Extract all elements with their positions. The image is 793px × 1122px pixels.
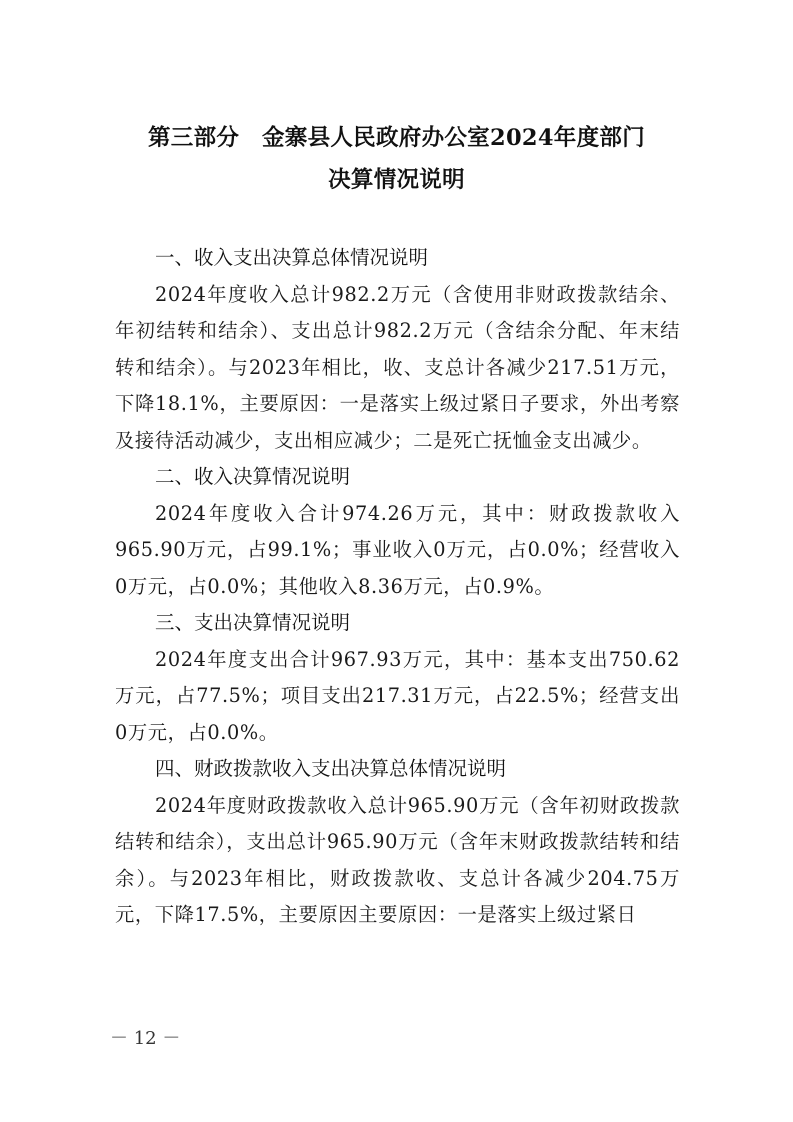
page-number: － 12 － [110, 1024, 180, 1050]
section-paragraph: 2024年度收入总计982.2万元（含使用非财政拨款结余、年初结转和结余）、支出… [115, 277, 680, 460]
section-income: 二、收入决算情况说明 2024年度收入合计974.26万元，其中：财政拨款收入9… [115, 459, 680, 605]
section-heading: 四、财政拨款收入支出决算总体情况说明 [115, 751, 680, 788]
section-fiscal-appropriation: 四、财政拨款收入支出决算总体情况说明 2024年度财政拨款收入总计965.90万… [115, 751, 680, 934]
document-title-line-1: 第三部分 金寨县人民政府办公室2024年度部门 [100, 120, 693, 152]
document-body: 一、收入支出决算总体情况说明 2024年度收入总计982.2万元（含使用非财政拨… [115, 240, 680, 934]
section-paragraph: 2024年度支出合计967.93万元，其中：基本支出750.62万元，占77.5… [115, 642, 680, 752]
document-title-line-2: 决算情况说明 [100, 162, 693, 194]
section-heading: 一、收入支出决算总体情况说明 [115, 240, 680, 277]
section-expense: 三、支出决算情况说明 2024年度支出合计967.93万元，其中：基本支出750… [115, 605, 680, 751]
section-heading: 三、支出决算情况说明 [115, 605, 680, 642]
section-heading: 二、收入决算情况说明 [115, 459, 680, 496]
section-paragraph: 2024年度财政拨款收入总计965.90万元（含年初财政拨款结转和结余），支出总… [115, 788, 680, 934]
section-paragraph: 2024年度收入合计974.26万元，其中：财政拨款收入965.90万元，占99… [115, 496, 680, 606]
section-income-expense-overview: 一、收入支出决算总体情况说明 2024年度收入总计982.2万元（含使用非财政拨… [115, 240, 680, 459]
document-page: 第三部分 金寨县人民政府办公室2024年度部门 决算情况说明 一、收入支出决算总… [0, 0, 793, 1122]
